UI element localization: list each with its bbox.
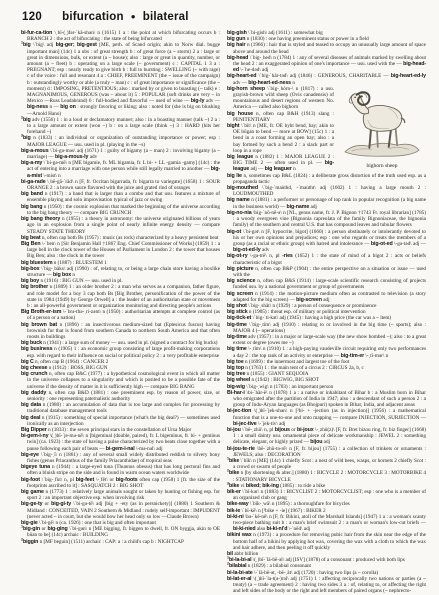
entry-headword: big game	[21, 489, 44, 495]
dictionary-entry: 3big n (1833) : an individual or organiz…	[21, 135, 220, 147]
entry-headword: big-gin	[23, 526, 40, 532]
dictionary-page: 120 bifurcation ● bilateral bi-fur-ca-ti…	[0, 0, 439, 595]
dictionary-entry: big science n, often cap B&S (1914) : la…	[227, 278, 426, 290]
dictionary-entry: big deal n (1915) : something of special…	[21, 415, 220, 427]
entry-headword: big data	[21, 402, 41, 408]
entry-bold-term: big-gi-ty	[51, 501, 71, 507]
entry-headword: big brother	[21, 284, 48, 290]
entry-headword: big daddy	[21, 390, 46, 396]
entry-headword: big toe	[227, 359, 244, 365]
entry-headword: bi-ga-rade	[21, 179, 46, 185]
dictionary-entry: big daddy n, often cap B&D (1881) : one …	[21, 390, 220, 402]
entry-headword: Bi-har-i	[227, 390, 245, 396]
entry-bold-term: big-a-mist	[27, 166, 220, 178]
entry-headword: big C	[21, 359, 34, 365]
entry-headword: big crunch	[21, 371, 47, 377]
dictionary-entry: big-head \ˈbig-ˌhed\ n (1784) 1 : any of…	[227, 55, 426, 74]
dictionary-entry: big brown bat n (1896) : an insectivorou…	[21, 322, 220, 341]
entry-bold-term: big-feet	[76, 477, 94, 483]
guide-words: bifurcation ● bilateral	[62, 11, 189, 23]
entry-headword: big deal	[21, 415, 40, 421]
dictionary-entry: bi-ki-ni \bə-ˈkē-nē\ n [F, fr. Bikini, a…	[227, 514, 426, 533]
entry-headword: big-ot-ry	[227, 253, 248, 259]
entry-headword: bi-fur-ca-tion	[21, 30, 52, 36]
dictionary-entry: bi-jou \ˈbē-ˌzhü\ n, pl bijous or bi-jou…	[227, 427, 426, 446]
dictionary-entry: big-foot \ˈbig-ˌfu̇t\ n, pl big-feet \-ˌ…	[21, 477, 220, 489]
entry-headword: bike	[229, 458, 239, 464]
entry-headword: bi-gem-i-ny	[21, 433, 48, 439]
entry-headword: bight	[227, 123, 239, 129]
entry-headword: big league	[227, 154, 253, 160]
entry-headword: bilabial	[229, 563, 246, 569]
entry-bold-term: bi-gem-i-nal	[106, 446, 135, 452]
dictionary-entry: bi-lat-er-al \(ˌ)bī-ˈla-t(ə-)rəl\ adj (1…	[227, 576, 426, 595]
dictionary-entry: big bang theory n (1955) : a theory in a…	[21, 216, 220, 235]
entry-headword: bik-ie	[227, 508, 240, 514]
entry-headword: big-head	[227, 55, 248, 61]
entry-headword: bike-way	[227, 501, 249, 507]
entry-headword: big band	[21, 191, 43, 197]
dictionary-entry: big-heart-ed \ˈbig-ˈhär-təd\ adj (1846) …	[227, 73, 426, 85]
guide-word-left: bifurcation	[62, 11, 124, 23]
dictionary-entry: big-ot-ry \-gə-trē\ n, pl -ries (1652) 1…	[227, 253, 426, 265]
dictionary-entry: big-a-my \ˈbi-gə-mē\ n [ME bigamie, fr. …	[21, 160, 220, 179]
entry-bold-term: big-heart-ed-ly	[391, 73, 426, 79]
entry-headword: big brown bat	[21, 322, 57, 328]
entry-headword: bikini wax	[227, 532, 252, 538]
dictionary-entry: Bi-har-i \bi-ˈhär-ē\ n (1878) 1 a : a na…	[227, 390, 426, 409]
entry-bold-term: big-ger; big-gest	[56, 42, 97, 48]
entry-headword: big beat	[21, 235, 41, 241]
entry-bold-term: big-ness	[27, 104, 48, 110]
dictionary-entry: big-ge-ty or big-gi-ty \ˈbi-gə-tē\ adj […	[21, 501, 220, 520]
entry-headword: Big Ben	[21, 241, 41, 247]
dictionary-entry: big screen n (1914) : the motion-picture…	[227, 291, 426, 303]
entry-headword: bike	[229, 483, 239, 489]
guide-separator-bullet: ●	[131, 12, 136, 21]
right-column-top: big-gish \ˈbi-gish\ adj (1611) : somewha…	[227, 30, 426, 86]
entry-headword: bi-jec-tion	[227, 408, 251, 414]
entry-bold-term: big on	[60, 104, 76, 110]
dictionary-entry: big hair n (1966) : hair that is styled …	[227, 42, 426, 54]
entry-bold-term: -ries	[282, 253, 293, 259]
dictionary-entry: bik-er \ˈbī-kər\ n (1883) 1 : BICYCLIST …	[227, 489, 426, 501]
entry-bold-term: big-foots	[116, 477, 138, 483]
dictionary-entry: big brother n (1809) 1 : an older brothe…	[21, 284, 220, 309]
entry-headword: big hair	[227, 42, 246, 48]
dictionary-entry: 2bike n [by shortening & alter.] (1880) …	[227, 470, 426, 482]
entry-bold-term: bijou	[310, 439, 322, 445]
entry-headword: big bang theory	[21, 216, 60, 222]
entry-headword: Big Broth-er-ism	[21, 309, 61, 315]
entry-headword: big-time	[227, 334, 247, 340]
entry-headword: big-heart-ed	[227, 73, 256, 79]
dictionary-entry: bikini wax n (1973) : a procedure for re…	[227, 532, 426, 551]
dictionary-entry: Big Broth-er-ism \-ˈbrə-thə-ˌri-zəm\ n (…	[21, 309, 220, 321]
entry-headword: big-a-mous	[21, 148, 49, 154]
dictionary-entry: bi-gem-i-ny \(ˌ)bī-ˈje-mə-nē\ n [bigemin…	[21, 433, 220, 452]
dictionary-entry: big crunch n, often cap B&C (1977) : a h…	[21, 371, 220, 390]
dictionary-entry: bigeye tuna n (1944) : a large-eyed tuna…	[21, 464, 220, 476]
entry-headword: big	[23, 117, 31, 123]
entry-bold-term: bi-joux	[297, 427, 314, 433]
dictionary-entry: big-ot \ˈbi-gət\ n [F, hypocrite, bigot]…	[227, 229, 426, 254]
figure-caption: bighorn sheep	[338, 163, 426, 169]
dictionary-entry: bi-ga-rade \ˌbē-gä-ˈräd\ n [F, fr. Occit…	[21, 179, 220, 191]
dictionary-entry: big data n (1980) : an accumulation of d…	[21, 402, 220, 414]
entry-bold-term: big-ot-ed	[371, 241, 393, 247]
entry-bold-term: big-heart-ed-ness	[248, 80, 291, 86]
dictionary-entry: big game n (1773) 1 : relatively large a…	[21, 489, 220, 501]
entry-headword: big house	[227, 111, 253, 117]
dictionary-entry: big-mouthed \ˈbig-ˈmau̇thd, -ˈmau̇tht\ a…	[227, 185, 426, 197]
entry-headword: big screen	[227, 291, 253, 297]
two-column-text: bi-fur-ca-tion \ˌbī-(ˌ)fər-ˈkā-shən\ n (…	[21, 30, 426, 594]
entry-headword: big-tick-et	[227, 315, 251, 321]
bighorn-sheep-figure: bighorn sheep	[338, 88, 426, 169]
dictionary-entry: big name n (1881) : a performer or perso…	[227, 197, 426, 209]
dictionary-entry: big band n (1917) : a band that is large…	[21, 191, 220, 203]
entry-bold-term: big-head-ed	[233, 61, 426, 73]
entry-headword: big-no-nia	[227, 210, 252, 216]
entry-headword: bi-jou-te-rie	[227, 446, 255, 452]
entry-headword: big-wig	[227, 384, 245, 390]
entry-headword: big-eye	[21, 452, 39, 458]
dictionary-entry: 2big adv (1556) 1 : in a loud or declama…	[21, 117, 220, 136]
guide-word-right: bilateral	[143, 11, 189, 23]
dictionary-entry: big time \-ˌtīm\ n (1910) 1 : a high-pay…	[227, 346, 426, 358]
entry-headword: big name	[227, 197, 250, 203]
left-column: bi-fur-ca-tion \ˌbī-(ˌ)fər-ˈkā-shən\ n (…	[21, 30, 220, 594]
entry-headword: big-ge-ty	[21, 501, 42, 507]
entry-headword: big-foot	[21, 477, 40, 483]
entry-headword: big lie	[227, 173, 242, 179]
entry-headword: bike	[229, 470, 239, 476]
dictionary-entry: big-time \ˈbig-ˌtīm\ adj (1910) : relati…	[227, 322, 426, 334]
dictionary-entry: bi-fur-ca-tion \ˌbī-(ˌ)fər-ˈkā-shən\ n (…	[21, 30, 220, 42]
entry-headword: big business	[21, 346, 53, 352]
dictionary-entry: big bang n (1950) : the cosmic explosion…	[21, 204, 220, 216]
entry-headword: big-mouthed	[227, 185, 258, 191]
entry-headword: big-a-my	[21, 160, 42, 166]
entry-bold-term: bi-jec-tive	[233, 421, 257, 427]
entry-bold-term: big-ging	[48, 526, 68, 532]
entry-headword: bi-lat-er-al	[227, 576, 251, 582]
dictionary-entry: 2biggin n [MF beguin] (1511) archaic : C…	[21, 539, 220, 545]
entry-headword: bik-er	[227, 489, 241, 495]
dictionary-entry: big beat n, often cap both Bs (1957) : m…	[21, 235, 220, 241]
entry-bold-term: bijous	[275, 427, 290, 433]
entry-headword: big-horn sheep	[227, 86, 265, 92]
dictionary-entry: 1big-gin or big-ging \ˈbi-gən\ n [ME big…	[21, 526, 220, 538]
dictionary-entry: Big Ben \-ˈben\ n [Sir Benjamin Hall †18…	[21, 241, 220, 260]
dictionary-entry: big business n (1905) 1 : an economic gr…	[21, 346, 220, 358]
dictionary-entry: big-time adv (1957) : in a major or larg…	[227, 334, 426, 346]
entry-bold-term: big leaguer	[265, 166, 292, 172]
entry-headword: bi-la-bi-ate	[227, 570, 253, 576]
entry-bold-term: big-screen	[296, 297, 322, 303]
dictionary-entry: bi-jou-te-rie \bē-ˈzhü-tə-rē\ n [F, fr. …	[227, 446, 426, 458]
entry-headword: big-box	[21, 266, 39, 272]
entry-headword: big-ot	[227, 229, 241, 235]
page-header: 120 bifurcation ● bilateral	[22, 11, 426, 23]
entry-headword: bi-jou	[227, 427, 241, 433]
dictionary-entry: big-no-nia \big-ˈnō-nē-ə\ n [NL, genus n…	[227, 210, 426, 229]
entry-bold-term: big-tim-er	[341, 353, 364, 359]
dictionary-entry: big-box \ˈbig-ˌbäks\ adj (1990) : of, re…	[21, 266, 220, 278]
entry-bold-term: biked; bik-ing	[246, 483, 279, 489]
entry-bold-term: big-name	[286, 204, 309, 210]
entry-headword: big	[23, 135, 31, 141]
entry-headword: big-time	[227, 322, 247, 328]
bighorn-sheep-illustration	[339, 88, 425, 162]
right-column: big-gish \ˈbi-gish\ adj (1611) : somewha…	[227, 30, 426, 594]
dictionary-entry: big picture n, often cap B&P (1904) : th…	[227, 266, 426, 278]
dictionary-entry: 1big \ˈbig\ adj big-ger; big-gest [ME, p…	[21, 42, 220, 116]
entry-headword: big picture	[227, 266, 253, 272]
dictionary-entry: 1bike \ˈbīk\ n [ME] (14c) 1 chiefly Scot…	[227, 458, 426, 470]
page-number: 120	[22, 11, 42, 23]
entry-headword: big bang	[21, 204, 42, 210]
dictionary-entry: bi-jec-tion \(ˌ)bī-ˈjek-shən\ n [²bi- + …	[227, 408, 426, 427]
entry-headword: big time	[227, 346, 247, 352]
entry-headword: big bluestem	[21, 260, 52, 266]
dictionary-entry: big-eye \ˈbig-ˌī\ n (1861) : any of seve…	[21, 452, 220, 464]
entry-bold-term: big-ly	[191, 98, 205, 104]
entry-headword: bi-ki-ni	[227, 514, 244, 520]
dictionary-entry: big lie n, sometimes cap B&L (1824) : a …	[227, 173, 426, 185]
entry-headword: big	[23, 42, 31, 48]
entry-headword: bigeye tuna	[21, 464, 50, 470]
dictionary-entry: big-a-mous \ˈbi-gə-məs\ adj (1671) 1 : g…	[21, 148, 220, 160]
entry-headword: big science	[227, 278, 255, 284]
entry-headword: big wheel	[227, 377, 250, 383]
entry-headword: biggin	[23, 539, 38, 545]
